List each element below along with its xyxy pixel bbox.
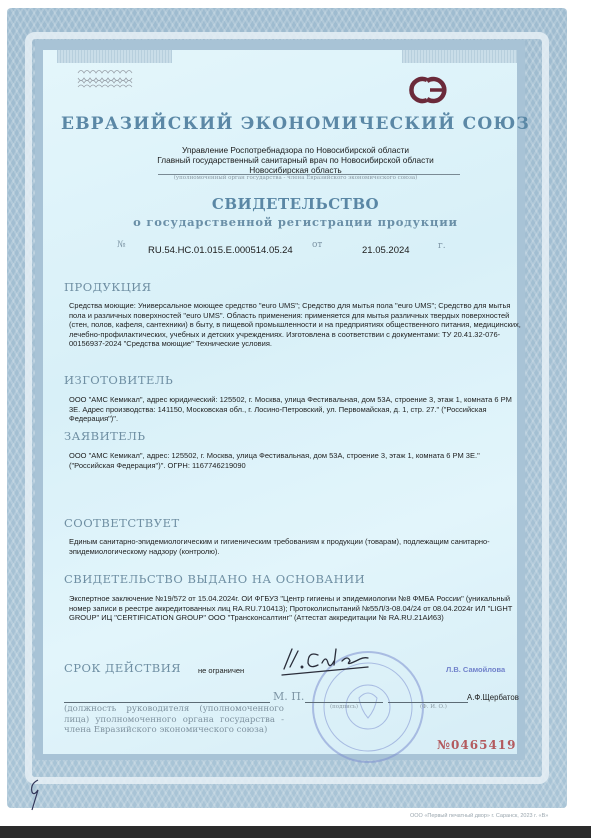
customs-union-ce-logo-icon (405, 73, 455, 107)
number-label: № (117, 240, 126, 250)
name-line (388, 702, 468, 703)
applicant-text: ООО "АМС Кемикал", адрес: 125502, г. Мос… (69, 451, 525, 470)
authority-line-1: Управление Роспотребнадзора по Новосибир… (0, 145, 591, 155)
conforms-heading: СООТВЕТСТВУЕТ (64, 516, 180, 530)
applicant-heading: ЗАЯВИТЕЛЬ (64, 429, 146, 443)
certificate-number: RU.54.НС.01.015.Е.000514.05.24 (148, 245, 293, 256)
date-label: от (312, 240, 322, 250)
conforms-text: Единым санитарно-эпидемиологическим и ги… (69, 537, 525, 556)
basis-text: Экспертное заключение №19/572 от 15.04.2… (69, 594, 525, 623)
watermark-strip-right (402, 50, 517, 63)
certificate-subtitle: о государственной регистрации продукции (0, 215, 591, 229)
manufacturer-heading: ИЗГОТОВИТЕЛЬ (64, 373, 173, 387)
certificate-date: 21.05.2024 (362, 245, 410, 256)
validity-heading: СРОК ДЕЙСТВИЯ (64, 661, 181, 675)
product-heading: ПРОДУКЦИЯ (64, 280, 152, 294)
product-text: Средства моющие: Универсальное моющее ср… (69, 301, 525, 349)
guilloche-ornament-icon (76, 67, 138, 89)
manufacturer-text: ООО "АМС Кемикал", адрес юридический: 12… (69, 395, 525, 424)
signatory-name: А.Ф.Щербатов (467, 693, 519, 702)
watermark-strip-left (57, 50, 172, 63)
printer-credit: ООО «Первый печатный двор» г. Саранск, 2… (410, 813, 548, 819)
viewer-bottom-bar (0, 826, 591, 838)
handwritten-signature-icon (278, 645, 388, 677)
validity-value: не ограничен (198, 666, 244, 675)
authority-caption: (уполномоченный орган государства - член… (0, 175, 591, 181)
year-suffix: г. (438, 241, 446, 251)
position-line (64, 702, 270, 703)
authority-line-2: Главный государственный санитарный врач … (0, 155, 591, 165)
union-title: ЕВРАЗИЙСКИЙ ЭКОНОМИЧЕСКИЙ СОЮЗ (0, 114, 591, 134)
stamp-name: Л.В. Самойлова (446, 665, 505, 674)
serial-number: №0465419 (437, 738, 517, 752)
basis-heading: СВИДЕТЕЛЬСТВО ВЫДАНО НА ОСНОВАНИИ (64, 572, 365, 586)
position-caption: (должность руководителя (уполномоченного… (64, 704, 284, 736)
signature-caption: (подпись) (330, 704, 358, 710)
authority-block: Управление Роспотребнадзора по Новосибир… (0, 145, 591, 175)
name-caption: (Ф. И. О.) (420, 704, 447, 710)
signature-line (305, 702, 383, 703)
seal-label: М. П. (273, 690, 304, 703)
certificate-title: СВИДЕТЕЛЬСТВО (0, 195, 591, 213)
handwritten-initial-icon (26, 776, 44, 812)
